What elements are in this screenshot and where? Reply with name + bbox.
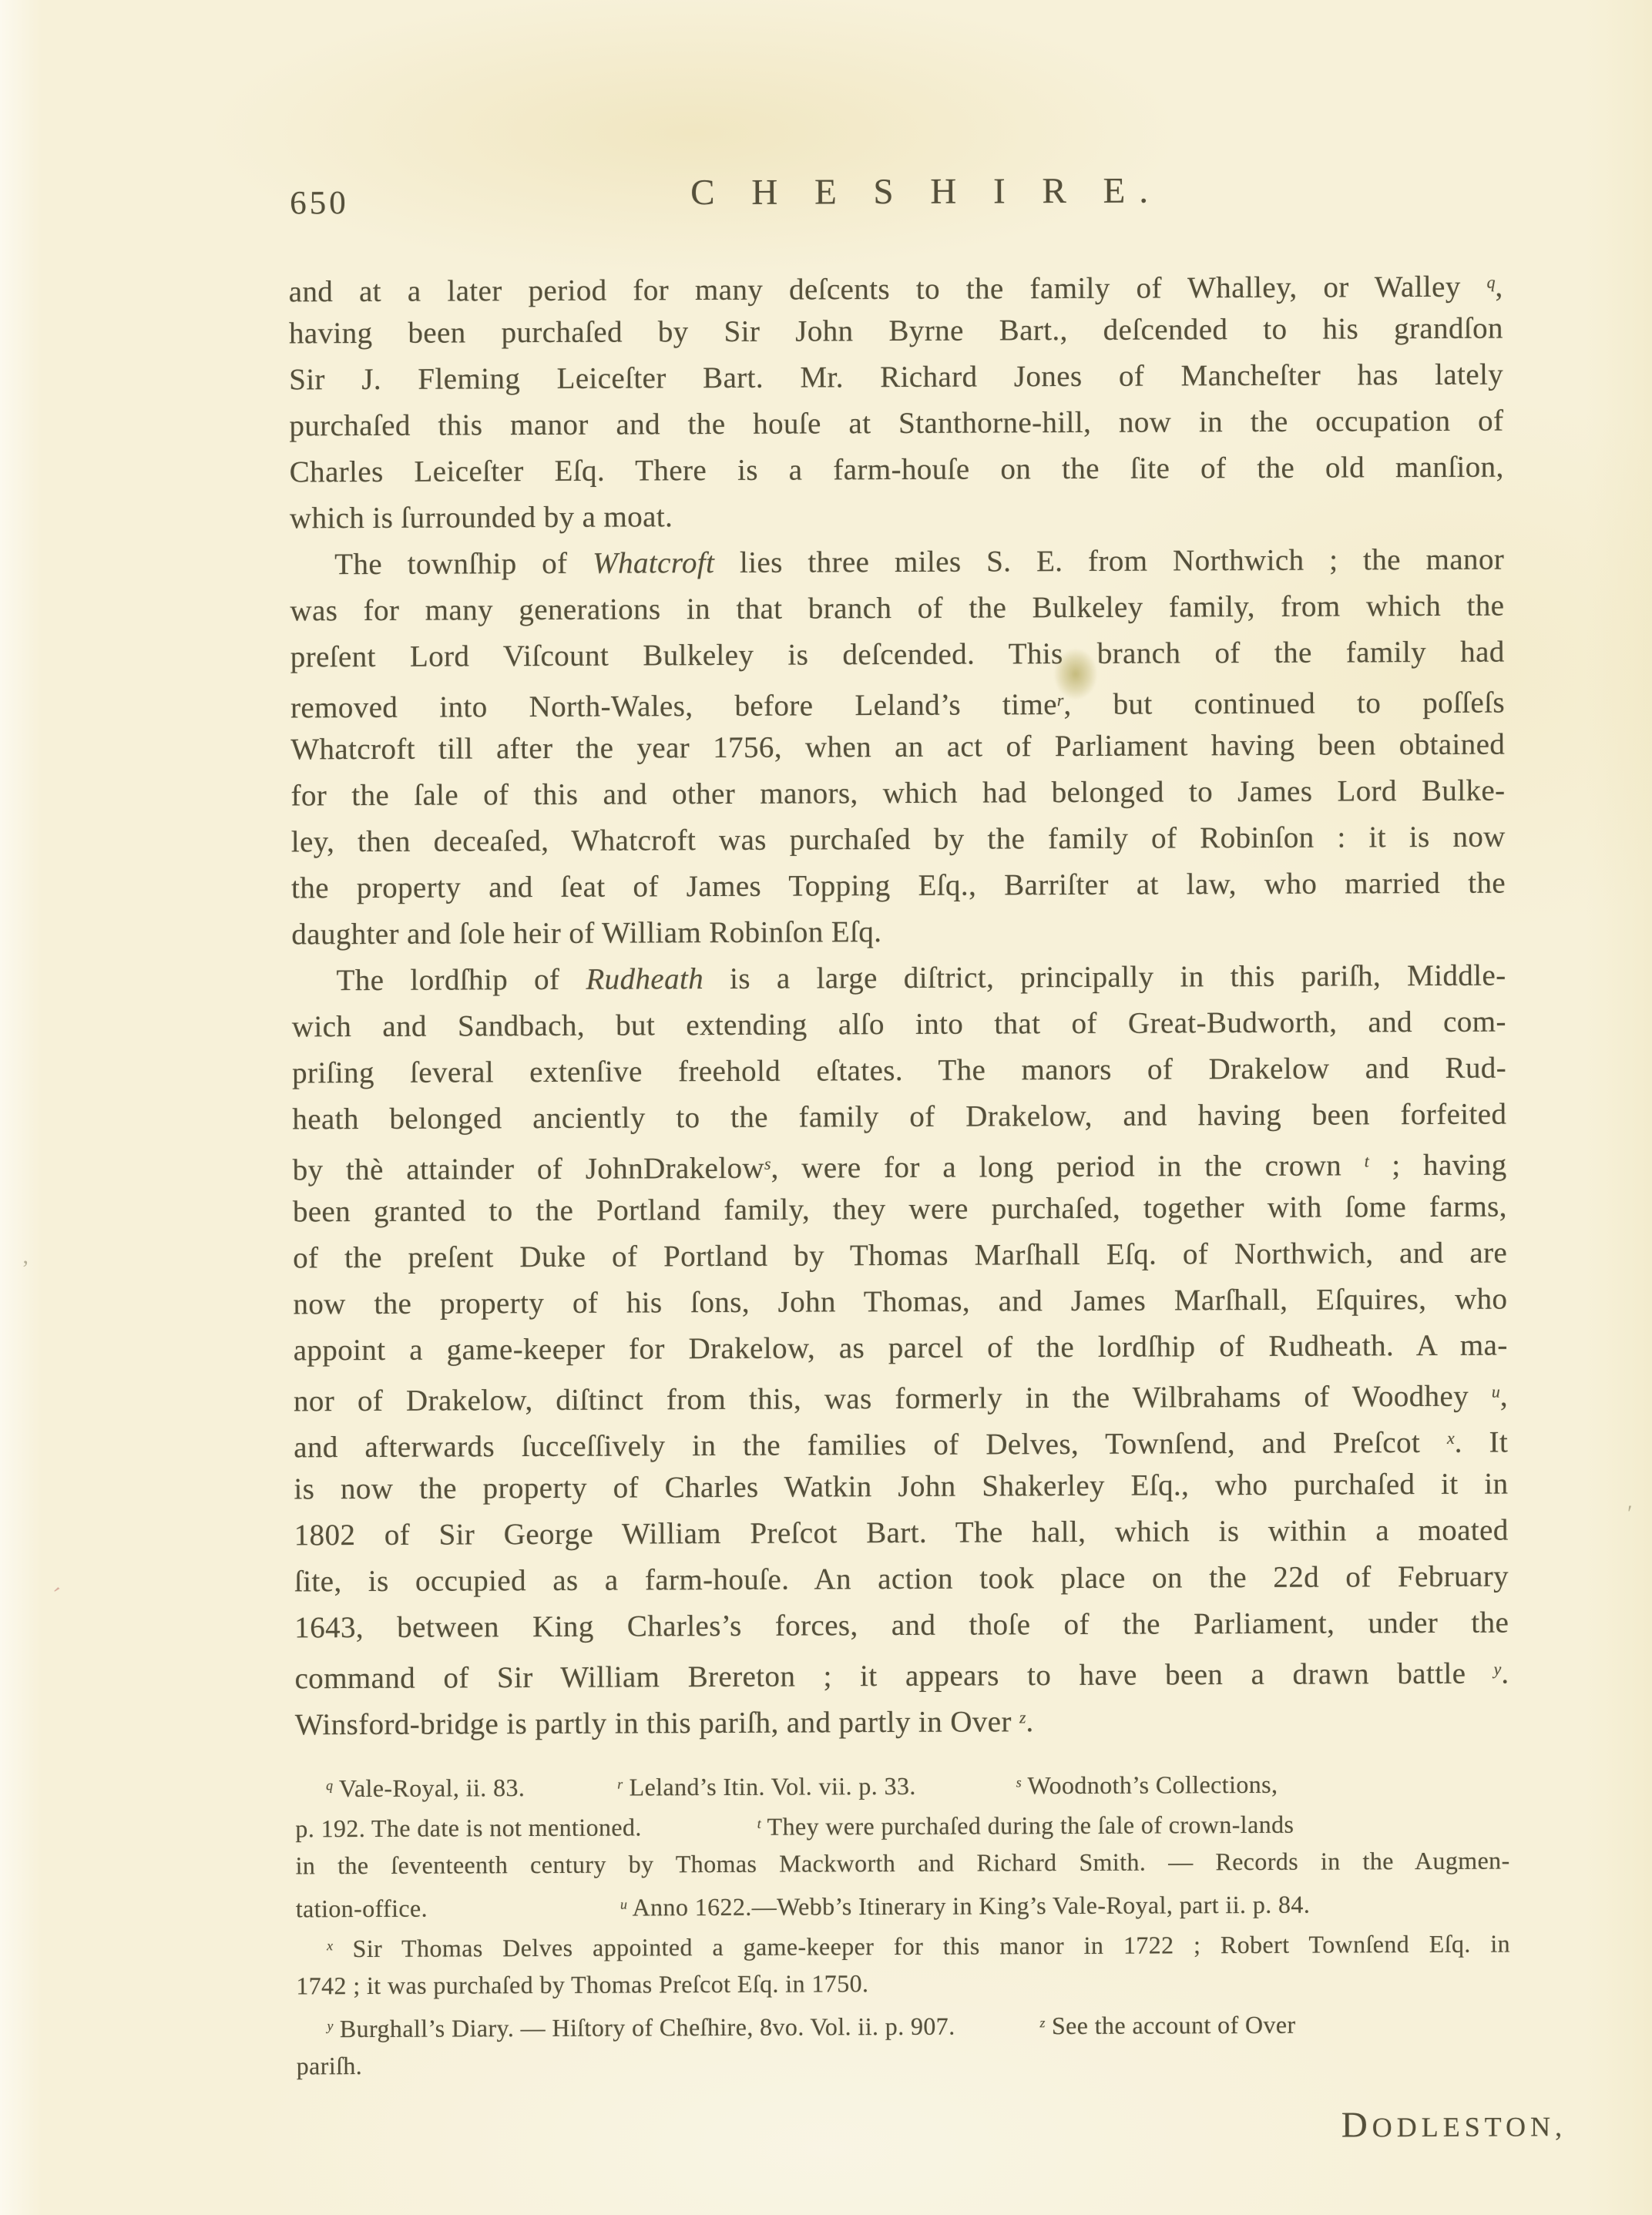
text-line: daughter and ſole heir of William Robinſ… [291, 907, 1506, 958]
text-run: , [1500, 1379, 1508, 1412]
scan-artifact: ′ [1627, 1501, 1633, 1527]
text-run: preſent Lord Viſcount Bulkeley is deſcen… [290, 636, 1505, 674]
text-run: removed into North-Wales, before Leland’… [290, 688, 1057, 724]
text-run: , were for a long period in the crown [771, 1149, 1364, 1184]
text-run: the property and ſeat of James Topping E… [291, 867, 1506, 905]
text-run: ſite, is occupied as a farm-houſe. An ac… [294, 1560, 1509, 1599]
text-line: having been purchaſed by Sir John Byrne … [289, 306, 1503, 357]
text-run: nor of Drakelow, diſtinct from this, was… [294, 1380, 1492, 1418]
text-run: See the account of Over [1045, 2011, 1295, 2039]
footnote-marker: z [1019, 1708, 1026, 1727]
footnote-marker: y [327, 2018, 333, 2033]
text-line: Sir J. Fleming Leiceſter Bart. Mr. Richa… [289, 352, 1503, 404]
text-block: 650 C H E S H I R E. and at a later peri… [288, 169, 1511, 2151]
footnote-marker: x [327, 1938, 333, 1953]
catchword: DODLESTON, [297, 2103, 1566, 2150]
text-run: lies three miles S. E. from Northwich ; … [714, 543, 1504, 579]
text-run: They were purchaſed during the ſale of c… [761, 1811, 1294, 1841]
footnote-line: x Sir Thomas Delves appointed a game-kee… [296, 1921, 1510, 1966]
text-run: is a large diſtrict, principally in this… [703, 959, 1506, 996]
text-line: The lordſhip of Rudheath is a large diſt… [291, 953, 1506, 1005]
catchword-rest: ODLESTON, [1372, 2111, 1567, 2143]
footnote-marker: y [1494, 1660, 1502, 1679]
text-run: which is ſurrounded by a moat. [290, 500, 673, 535]
text-run: The townſhip of [334, 547, 593, 581]
text-line: 1802 of Sir George William Preſcot Bart.… [294, 1508, 1509, 1559]
text-run: command of Sir William Brereton ; it app… [294, 1657, 1493, 1696]
text-line: 1643, between King Charles’s forces, and… [294, 1600, 1509, 1652]
scan-artifact: ’ [22, 1256, 29, 1282]
text-line: been granted to the Portland family, the… [293, 1184, 1507, 1236]
text-line: Whatcroft till after the year 1756, when… [290, 722, 1505, 774]
text-run: , [1495, 270, 1503, 303]
running-title: C H E S H I R E. [319, 168, 1533, 215]
text-run: Sir J. Fleming Leiceſter Bart. Mr. Richa… [289, 358, 1503, 397]
text-run: purchaſed this manor and the houſe at St… [289, 404, 1503, 443]
footnote-line: q Vale-Royal, ii. 83.r Leland’s Itin. Vo… [295, 1760, 1509, 1806]
text-run: Leland’s Itin. Vol. vii. p. 33. [623, 1772, 916, 1801]
text-run: Anno 1622.—Webb’s Itinerary in King’s Va… [627, 1891, 1310, 1921]
text-line: by thè attainder of JohnDrakelows, were … [292, 1138, 1506, 1190]
text-line: now the property of his ſons, John Thoma… [293, 1277, 1507, 1328]
text-run: The lordſhip of [336, 963, 586, 997]
text-run: in the ſeventeenth century by Thomas Mac… [296, 1847, 1510, 1880]
text-run: Woodnoth’s Collections, [1022, 1770, 1278, 1799]
footnote-line: pariſh. [297, 2041, 1511, 2086]
text-run: by thè attainder of JohnDrakelow [293, 1152, 765, 1187]
text-run: been granted to the Portland family, the… [293, 1190, 1507, 1229]
text-run: ; having [1369, 1148, 1507, 1182]
text-run: wich and Sandbach, but extending alſo in… [292, 1005, 1506, 1044]
footnote-column-gap [916, 1793, 1016, 1794]
text-run: Burghall’s Diary. — Hiſtory of Cheſhire,… [333, 2012, 955, 2043]
text-run: tation-office. [296, 1894, 428, 1923]
italic-text: Rudheath [586, 962, 703, 996]
italic-text: Whatcroft [593, 546, 714, 580]
text-line: removed into North-Wales, before Leland’… [290, 676, 1505, 727]
text-run: and afterwards ſucceſſively in the famil… [294, 1426, 1447, 1465]
text-line: the property and ſeat of James Topping E… [291, 861, 1506, 912]
footnote-marker: q [326, 1777, 333, 1793]
footnote-column-gap [525, 1795, 617, 1797]
footnote-marker: u [1492, 1383, 1500, 1401]
text-run: . It [1455, 1425, 1509, 1458]
footnote-line: tation-office.u Anno 1622.—Webb’s Itiner… [296, 1881, 1510, 1926]
text-run: daughter and ſole heir of William Robinſ… [291, 915, 881, 951]
text-run: Sir Thomas Delves appointed a game-keepe… [333, 1929, 1510, 1962]
paragraph: and at a later period for many deſcents … [289, 260, 1505, 542]
footnote-line: p. 192. The date is not mentioned.t They… [295, 1801, 1509, 1846]
text-line: nor of Drakelow, diſtinct from this, was… [294, 1369, 1508, 1421]
text-run: pariſh. [297, 2052, 363, 2079]
text-run: Winsford-bridge is partly in this pariſh… [295, 1705, 1019, 1741]
text-line: purchaſed this manor and the houſe at St… [289, 398, 1503, 450]
text-run: for the ſale of this and other manors, w… [290, 774, 1505, 813]
text-line: priſing ſeveral extenſive freehold eſtat… [292, 1045, 1506, 1097]
text-line: ſite, is occupied as a farm-houſe. An ac… [294, 1554, 1509, 1606]
footnote-line: 1742 ; it was purchaſed by Thomas Preſco… [296, 1961, 1510, 2006]
text-run: Whatcroft till after the year 1756, when… [290, 728, 1505, 767]
text-run: now the property of his ſons, John Thoma… [293, 1283, 1507, 1321]
text-run: Charles Leiceſter Eſq. There is a farm-h… [290, 451, 1504, 489]
text-run: having been purchaſed by Sir John Byrne … [289, 312, 1503, 351]
text-line: Charles Leiceſter Eſq. There is a farm-h… [290, 445, 1504, 496]
text-line: Winsford-bridge is partly in this pariſh… [295, 1693, 1509, 1744]
book-page-scan: 650 C H E S H I R E. and at a later peri… [0, 0, 1652, 2215]
footnote-line: y Burghall’s Diary. — Hiſtory of Cheſhir… [296, 2001, 1510, 2046]
text-line: of the preſent Duke of Portland by Thoma… [293, 1230, 1507, 1282]
page-header: 650 C H E S H I R E. [288, 169, 1503, 230]
text-run: and at a later period for many deſcents … [289, 270, 1487, 309]
text-run: is now the property of Charles Watkin Jo… [294, 1468, 1508, 1506]
text-line: heath belonged anciently to the family o… [292, 1092, 1506, 1143]
footnote-marker: s [764, 1155, 771, 1173]
text-line: appoint a game-keeper for Drakelow, as p… [294, 1323, 1508, 1374]
text-line: preſent Lord Viſcount Bulkeley is deſcen… [290, 629, 1505, 681]
text-run: priſing ſeveral extenſive freehold eſtat… [292, 1052, 1506, 1090]
text-run: Vale-Royal, ii. 83. [333, 1774, 525, 1802]
footnote-line: in the ſeventeenth century by Thomas Mac… [295, 1841, 1509, 1886]
text-line: was for many generations in that branch … [290, 583, 1504, 635]
text-line: and at a later period for many deſcents … [289, 260, 1503, 311]
text-line: command of Sir William Brereton ; it app… [294, 1646, 1509, 1698]
text-line: for the ſale of this and other manors, w… [290, 768, 1505, 820]
text-line: wich and Sandbach, but extending alſo in… [292, 999, 1506, 1051]
footnote-marker: u [620, 1897, 627, 1912]
catchword-initial: D [1341, 2105, 1372, 2145]
text-line: The townſhip of Whatcroft lies three mil… [290, 537, 1504, 589]
text-run: ley, then deceaſed, Whatcroft was purcha… [291, 821, 1506, 859]
text-line: which is ſurrounded by a moat. [290, 491, 1504, 542]
text-run: heath belonged anciently to the family o… [292, 1098, 1506, 1136]
text-line: is now the property of Charles Watkin Jo… [294, 1462, 1508, 1513]
paragraph: The lordſhip of Rudheath is a large diſt… [291, 953, 1509, 1744]
paragraph: The townſhip of Whatcroft lies three mil… [290, 537, 1506, 958]
text-run: of the preſent Duke of Portland by Thoma… [293, 1237, 1507, 1275]
footnote-column-gap [955, 2033, 1040, 2034]
text-run: . [1026, 1705, 1033, 1738]
scan-artifact: ′ [43, 1582, 64, 1606]
footnote-marker: q [1487, 274, 1496, 292]
text-run: 1742 ; it was purchaſed by Thomas Preſco… [296, 1969, 868, 1999]
body-text: and at a later period for many deſcents … [289, 260, 1509, 1744]
text-line: ley, then deceaſed, Whatcroft was purcha… [291, 814, 1506, 866]
text-run: . [1501, 1656, 1509, 1690]
footnotes: q Vale-Royal, ii. 83.r Leland’s Itin. Vo… [295, 1760, 1511, 2086]
text-run: 1802 of Sir George William Preſcot Bart.… [294, 1514, 1509, 1552]
text-run: p. 192. The date is not mentioned. [295, 1813, 642, 1842]
footnote-column-gap [428, 1915, 620, 1917]
text-line: and afterwards ſucceſſively in the famil… [294, 1415, 1508, 1467]
text-run: , but continued to poſſeſs [1063, 686, 1505, 720]
footnote-column-gap [642, 1834, 757, 1836]
ink-smudge [1054, 649, 1097, 700]
text-run: appoint a game-keeper for Drakelow, as p… [294, 1329, 1508, 1368]
text-run: 1643, between King Charles’s forces, and… [294, 1606, 1509, 1645]
text-run: was for many generations in that branch … [290, 589, 1504, 628]
